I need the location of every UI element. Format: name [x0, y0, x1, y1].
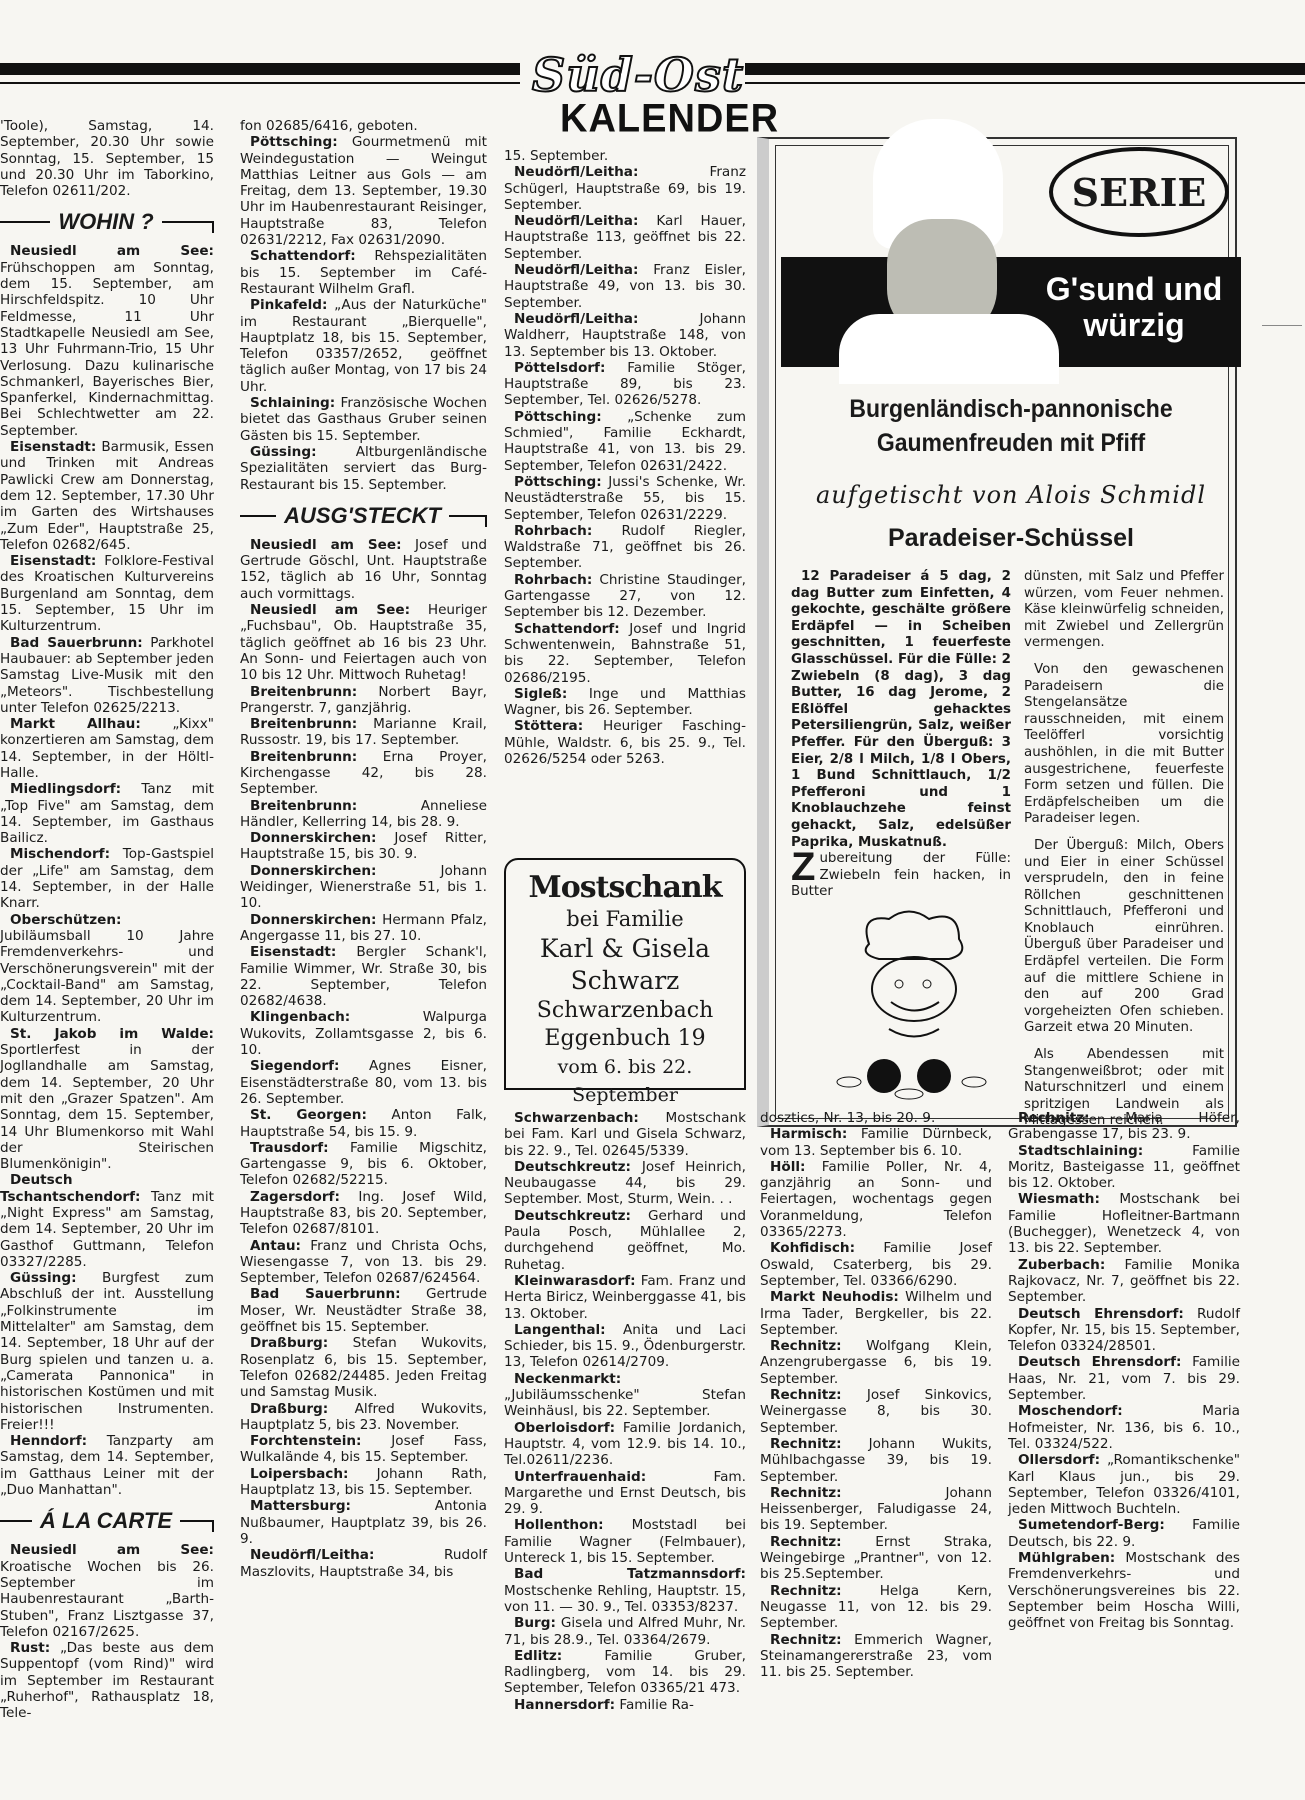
listing-place: Stadtschlaining: [1018, 1143, 1143, 1159]
ausgsteckt-list-bottom: Schwarzenbach: Mostschank bei Fam. Karl … [504, 1110, 746, 1713]
listing-place: Rechnitz: [770, 1338, 842, 1354]
ad-title: Mostschank [506, 870, 744, 905]
listing-entry: Rechnitz: Johann Heissenberger, Faludiga… [760, 1485, 992, 1534]
ausgsteckt-list-cont: 15. September.Neudörfl/Leitha: Franz Sch… [504, 148, 746, 767]
tagline-1: G'sund und [1029, 271, 1239, 307]
listing-text: Burgfest zum Abschluß der int. Ausstellu… [0, 1270, 214, 1433]
listing-entry: Forchtenstein: Josef Fass, Wulkalände 4,… [240, 1433, 487, 1466]
listing-entry: Rechnitz: Ernst Straka, Weingebirge „Pra… [760, 1534, 992, 1583]
listing-entry: Zagersdorf: Ing. Josef Wild, Hauptstraße… [240, 1189, 487, 1238]
wohin-list: Neusiedl am See: Frühschoppen am Sonntag… [0, 243, 214, 1498]
listing-place: Donnerskirchen: [250, 830, 376, 846]
masthead-bar-left [0, 63, 520, 75]
listing-entry: Eisenstadt: Barmusik, Essen und Trinken … [0, 439, 214, 553]
listing-place: Eisenstadt: [250, 944, 336, 960]
listing-place: Sigleß: [514, 686, 567, 702]
listing-entry: Pöttsching: Gourmetmenü mit Weindegustat… [240, 134, 487, 248]
listing-place: Rust: [10, 1640, 50, 1656]
listing-entry: Langenthal: Anita und Laci Schieder, bis… [504, 1322, 746, 1371]
listing-place: Rohrbach: [514, 523, 592, 539]
listing-place: Eisenstadt: [10, 439, 96, 455]
listing-place: Pinkafeld: [250, 297, 327, 313]
prep-text: ubereitung der Fülle: Zwiebeln fein hack… [791, 851, 1011, 899]
listing-text: Barmusik, Essen und Trinken mit Andreas … [0, 439, 214, 553]
listing-entry: Rohrbach: Rudolf Riegler, Waldstraße 71,… [504, 523, 746, 572]
listing-entry: Pöttsching: „Schenke zum Schmied", Famil… [504, 409, 746, 474]
listing-entry: Donnerskirchen: Johann Weidinger, Wiener… [240, 863, 487, 912]
listing-place: St. Georgen: [250, 1107, 367, 1123]
listing-entry: Rechnitz: Josef Sinkovics, Weinergasse 8… [760, 1387, 992, 1436]
listing-place: Neusiedl am See: [10, 1542, 214, 1558]
listing-place: Miedlingsdorf: [10, 781, 121, 797]
listing-entry: Schattendorf: Rehspezialitäten bis 15. S… [240, 248, 487, 297]
listing-entry: Neudörfl/Leitha: Franz Schügerl, Hauptst… [504, 164, 746, 213]
listing-place: Henndorf: [10, 1433, 87, 1449]
listing-place: Eisenstadt: [10, 553, 96, 569]
ad-line6: vom 6. bis 22. September [506, 1053, 744, 1109]
listing-entry: Pinkafeld: „Aus der Naturküche" im Resta… [240, 297, 487, 395]
listing-entry: Mattersburg: Antonia Nußbaumer, Hauptpla… [240, 1498, 487, 1547]
listing-entry: Harmisch: Familie Dürnbeck, vom 13. Sept… [760, 1126, 992, 1159]
listing-entry: Unterfrauenhaid: Fam. Margarethe und Ern… [504, 1469, 746, 1518]
masthead-rule-left [0, 82, 520, 84]
listing-entry: Sigleß: Inge und Matthias Wagner, bis 26… [504, 686, 746, 719]
listing-entry: Wiesmath: Mostschank bei Familie Hofleit… [1008, 1191, 1240, 1256]
cartoon-chef-illustration [829, 904, 999, 1104]
a-la-carte-heading: Á LA CARTE [32, 1513, 180, 1529]
listing-entry: Neudörfl/Leitha: Rudolf Maszlovits, Haup… [240, 1547, 487, 1580]
column-1: 'Toole), Samstag, 14. September, 20.30 U… [0, 118, 214, 1798]
listing-place: Deutsch Ehrensdorf: [1018, 1354, 1181, 1370]
listing-place: Forchtenstein: [250, 1433, 362, 1449]
listing-entry: Henndorf: Tanzparty am Samstag, dem 14. … [0, 1433, 214, 1498]
listing-entry: fon 02685/6416, geboten. [240, 118, 487, 134]
listing-entry: Burg: Gisela und Alfred Muhr, Nr. 71, bi… [504, 1615, 746, 1648]
listing-place: Rechnitz: [770, 1534, 842, 1550]
listing-place: Neudörfl/Leitha: [514, 311, 638, 327]
listing-entry: Rechnitz: Johann Wukits, Mühlbachgasse 3… [760, 1436, 992, 1485]
prep-para-3: Der Überguß: Milch, Obers und Eier in ei… [1024, 838, 1224, 1037]
listing-place: Draßburg: [250, 1401, 328, 1417]
listing-entry: Schattendorf: Josef und Ingrid Schwenten… [504, 621, 746, 686]
listing-place: Neudörfl/Leitha: [514, 164, 638, 180]
drop-cap: Z [791, 851, 815, 883]
listing-text: Jubiläumsball 10 Jahre Fremdenverkehrs- … [0, 928, 214, 1025]
listing-entry: Pöttelsdorf: Familie Stöger, Hauptstraße… [504, 360, 746, 409]
listing-place: Schattendorf: [514, 621, 620, 637]
listing-place: Güssing: [250, 444, 317, 460]
column-2: fon 02685/6416, geboten.Pöttsching: Gour… [240, 118, 487, 1580]
listing-entry: Donnerskirchen: Josef Ritter, Hauptstraß… [240, 830, 487, 863]
sued-ost-kalender-logo: Süd-Ost KALENDER [522, 52, 747, 144]
listing-place: Rechnitz: [770, 1436, 842, 1452]
listing-place: Neusiedl am See: [250, 537, 402, 553]
listing-entry: Schwarzenbach: Mostschank bei Fam. Karl … [504, 1110, 746, 1159]
listing-place: Pöttsching: [514, 409, 602, 425]
listing-place: Deutsch Tschantschendorf: [0, 1172, 141, 1204]
listing-place: Höll: [770, 1159, 805, 1175]
listing-entry: Rechnitz: Wolfgang Klein, Anzengrubergas… [760, 1338, 992, 1387]
listing-place: Breitenbrunn: [250, 716, 357, 732]
listing-entry: Schlaining: Französische Wochen bietet d… [240, 395, 487, 444]
listing-place: Edlitz: [514, 1648, 562, 1664]
listing-text: Gourmetmenü mit Weindegustation — Weingu… [240, 134, 487, 248]
listing-entry: Güssing: Altburgenländische Spezialitäte… [240, 444, 487, 493]
listing-place: Neusiedl am See: [10, 243, 214, 259]
listing-entry: Kleinwarasdorf: Fam. Franz und Herta Bir… [504, 1273, 746, 1322]
listing-place: Breitenbrunn: [250, 749, 357, 765]
series-title-1: Burgenländisch-pannonische [799, 393, 1222, 425]
listing-entry: Neusiedl am See: Kroatische Wochen bis 2… [0, 1542, 214, 1640]
listing-place: Bad Sauerbrunn: [250, 1286, 401, 1302]
listing-place: Harmisch: [770, 1126, 847, 1142]
prep-para-1: dünsten, mit Salz und Pfeffer würzen, vo… [1024, 569, 1224, 652]
listing-entry: Stöttera: Heuriger Fasching-Mühle, Walds… [504, 718, 746, 767]
intro-text: 'Toole), Samstag, 14. September, 20.30 U… [0, 118, 214, 199]
preparation-continued: dünsten, mit Salz und Pfeffer würzen, vo… [1024, 569, 1224, 1140]
listing-entry: Breitenbrunn: Marianne Krail, Russostr. … [240, 716, 487, 749]
listing-place: Deutsch Ehrensdorf: [1018, 1306, 1184, 1322]
listing-place: Schwarzenbach: [514, 1110, 639, 1126]
listing-entry: Deutsch Ehrensdorf: Rudolf Kopfer, Nr. 1… [1008, 1306, 1240, 1355]
listing-entry: Edlitz: Familie Gruber, Radlingberg, vom… [504, 1648, 746, 1697]
listing-entry: Neckenmarkt: „Jubiläumsschenke" Stefan W… [504, 1371, 746, 1420]
listing-entry: Rust: „Das beste aus dem Suppentopf (vom… [0, 1640, 214, 1721]
listing-entry: Mühlgraben: Mostschank des Fremdenverkeh… [1008, 1550, 1240, 1631]
listing-place: Rechnitz: [1018, 1110, 1090, 1126]
listing-entry: Klingenbach: Walpurga Wukovits, Zollamts… [240, 1009, 487, 1058]
listing-entry: Mischendorf: Top-Gastspiel der „Life" am… [0, 846, 214, 911]
listing-entry: Markt Neuhodis: Wilhelm und Irma Tader, … [760, 1289, 992, 1338]
listing-entry: Siegendorf: Agnes Eisner, Eisenstädterst… [240, 1058, 487, 1107]
listing-place: Draßburg: [250, 1335, 328, 1351]
listing-place: Rechnitz: [770, 1485, 842, 1501]
listing-place: Unterfrauenhaid: [514, 1469, 646, 1485]
listing-entry: Breitenbrunn: Norbert Bayr, Prangerstr. … [240, 684, 487, 717]
listing-entry: Sumetendorf-Berg: Familie Deutsch, bis 2… [1008, 1517, 1240, 1550]
listing-entry: Rechnitz: Maria Höfer, Grabengasse 17, b… [1008, 1110, 1240, 1143]
listing-entry: dosztics, Nr. 13, bis 20. 9. [760, 1110, 992, 1126]
listing-place: Neusiedl am See: [250, 602, 410, 618]
listing-text: „Jubiläumsschenke" Stefan Weinhäusl, bis… [504, 1387, 746, 1419]
ausgsteckt-list-col5: Rechnitz: Maria Höfer, Grabengasse 17, b… [1008, 1110, 1240, 1632]
column-4: dosztics, Nr. 13, bis 20. 9.Harmisch: Fa… [760, 1110, 992, 1680]
listing-place: Sumetendorf-Berg: [1018, 1517, 1165, 1533]
listing-place: Donnerskirchen: [250, 912, 376, 928]
listing-place: Pöttelsdorf: [514, 360, 605, 376]
listing-place: Klingenbach: [250, 1009, 350, 1025]
listing-place: Deutschkreutz: [514, 1159, 631, 1175]
listing-place: Antau: [250, 1238, 301, 1254]
listing-place: Breitenbrunn: [250, 684, 357, 700]
listing-entry: Bad Sauerbrunn: Gertrude Moser, Wr. Neus… [240, 1286, 487, 1335]
listing-text: dosztics, Nr. 13, bis 20. 9. [760, 1110, 935, 1126]
series-title-2: Gaumenfreuden mit Pfiff [799, 427, 1222, 459]
a-la-carte-list: Neusiedl am See: Kroatische Wochen bis 2… [0, 1542, 214, 1721]
listing-entry: Neudörfl/Leitha: Franz Eisler, Hauptstra… [504, 262, 746, 311]
listing-entry: Rohrbach: Christine Staudinger, Gartenga… [504, 572, 746, 621]
listing-entry: Neusiedl am See: Josef und Gertrude Gösc… [240, 537, 487, 602]
listing-place: Ollersdorf: [1018, 1452, 1100, 1468]
listing-place: Deutschkreutz: [514, 1208, 631, 1224]
ingredients-text: 12 Paradeiser á 5 dag, 2 dag Butter zum … [791, 569, 1011, 851]
listing-place: Kohfidisch: [770, 1240, 855, 1256]
listing-text: Mostschenke Rehling, Hauptstr. 15, von 1… [504, 1583, 746, 1615]
listing-entry: Hollenthon: Moststadl bei Familie Wagner… [504, 1517, 746, 1566]
chef-photo [839, 119, 1039, 379]
listing-text: fon 02685/6416, geboten. [240, 118, 418, 134]
listing-place: Oberschützen: [10, 912, 121, 928]
listing-place: Mattersburg: [250, 1498, 351, 1514]
listing-text: 15. September. [504, 148, 608, 164]
listing-entry: Deutsch Tschantschendorf: Tanz mit „Nigh… [0, 1172, 214, 1270]
wohin-heading: WOHIN ? [50, 214, 161, 230]
listing-entry: Donnerskirchen: Hermann Pfalz, Angergass… [240, 912, 487, 945]
listing-entry: Deutschkreutz: Gerhard und Paula Posch, … [504, 1208, 746, 1273]
listing-entry: Breitenbrunn: Anneliese Händler, Kellerr… [240, 798, 487, 831]
section-heading-a-la-carte: Á LA CARTE [0, 1510, 214, 1532]
listing-entry: Zuberbach: Familie Monika Rajkovacz, Nr.… [1008, 1257, 1240, 1306]
listing-place: Kleinwarasdorf: [514, 1273, 636, 1289]
prep-para-2: Von den gewaschenen Paradeisern die Sten… [1024, 662, 1224, 828]
ausgsteckt-list: Neusiedl am See: Josef und Gertrude Gösc… [240, 537, 487, 1580]
listing-place: Rechnitz: [770, 1387, 842, 1403]
listing-place: Güssing: [10, 1270, 77, 1286]
listing-entry: St. Jakob im Walde: Sportlerfest in der … [0, 1026, 214, 1173]
listing-place: Neudörfl/Leitha: [514, 213, 638, 229]
listing-place: Zuberbach: [1018, 1257, 1105, 1273]
section-heading-ausgsteckt: AUSG'STECKT [240, 505, 487, 527]
logo-line1: Süd-Ost [532, 48, 744, 102]
listing-entry: Oberschützen: Jubiläumsball 10 Jahre Fre… [0, 912, 214, 1026]
section-heading-wohin: WOHIN ? [0, 211, 214, 233]
listing-text: Sportlerfest in der Jogllandhalle am Sam… [0, 1042, 214, 1172]
serie-badge: SERIE [1049, 147, 1229, 237]
listing-place: Markt Neuhodis: [770, 1289, 899, 1305]
listing-place: Schattendorf: [250, 248, 356, 264]
listing-place: Bad Tatzmannsdorf: [514, 1566, 746, 1582]
listing-entry: Draßburg: Stefan Wukovits, Rosenplatz 6,… [240, 1335, 487, 1400]
listing-entry: Oberloisdorf: Familie Jordanich, Hauptst… [504, 1420, 746, 1469]
listing-entry: Kohfidisch: Familie Josef Oswald, Csater… [760, 1240, 992, 1289]
listing-entry: Neudörfl/Leitha: Johann Waldherr, Haupts… [504, 311, 746, 360]
listing-entry: Neudörfl/Leitha: Karl Hauer, Hauptstraße… [504, 213, 746, 262]
listing-entry: Deutsch Ehrensdorf: Familie Haas, Nr. 21… [1008, 1354, 1240, 1403]
tagline-2: würzig [1029, 307, 1239, 343]
listing-entry: Bad Sauerbrunn: Parkhotel Haubauer: ab S… [0, 635, 214, 716]
listing-place: Schlaining: [250, 395, 335, 411]
listing-place: Trausdorf: [250, 1140, 329, 1156]
listing-place: Oberloisdorf: [514, 1420, 615, 1436]
listing-place: Pöttsching: [514, 474, 602, 490]
listing-entry: Markt Allhau: „Kixx" konzertieren am Sam… [0, 716, 214, 781]
listing-entry: Antau: Franz und Christa Ochs, Wiesengas… [240, 1238, 487, 1287]
masthead-bar-right [745, 63, 1305, 75]
ad-line1: bei Familie [506, 905, 744, 933]
preparation-start: Zubereitung der Fülle: Zwiebeln fein hac… [791, 851, 1011, 901]
listing-place: Rechnitz: [770, 1632, 842, 1648]
ad-line5: Eggenbuch 19 [506, 1025, 744, 1053]
listing-entry: Ollersdorf: „Romantikschenke" Karl Klaus… [1008, 1452, 1240, 1517]
listing-place: Moschendorf: [1018, 1403, 1123, 1419]
listing-place: Rohrbach: [514, 572, 592, 588]
listing-entry: St. Georgen: Anton Falk, Hauptstraße 54,… [240, 1107, 487, 1140]
listing-text: Familie Ra- [619, 1697, 694, 1713]
listing-place: Mühlgraben: [1018, 1550, 1115, 1566]
listing-place: Markt Allhau: [10, 716, 141, 732]
listing-place: Siegendorf: [250, 1058, 339, 1074]
listing-text: Kroatische Wochen bis 26. September im H… [0, 1559, 214, 1640]
listing-entry: Eisenstadt: Folklore-Festival des Kroati… [0, 553, 214, 634]
listing-place: Donnerskirchen: [250, 863, 376, 879]
listing-place: Mischendorf: [10, 846, 110, 862]
listing-entry: Höll: Familie Poller, Nr. 4, ganzjährig … [760, 1159, 992, 1240]
column-5: Rechnitz: Maria Höfer, Grabengasse 17, b… [1008, 1110, 1240, 1632]
listing-entry: Deutschkreutz: Josef Heinrich, Neubaugas… [504, 1159, 746, 1208]
listing-place: Zagersdorf: [250, 1189, 340, 1205]
listing-entry: Rechnitz: Emmerich Wagner, Steinamangere… [760, 1632, 992, 1681]
listing-entry: Bad Tatzmannsdorf: Mostschenke Rehling, … [504, 1566, 746, 1615]
ad-line2: Karl & Gisela [506, 933, 744, 965]
mostschank-ad: Mostschank bei Familie Karl & Gisela Sch… [504, 858, 746, 1090]
serie-recipe-box: SERIE G'sund undwürzig Burgenländisch-pa… [757, 137, 1237, 1127]
listing-place: Hannersdorf: [514, 1697, 615, 1713]
listing-entry: Trausdorf: Familie Migschitz, Gartengass… [240, 1140, 487, 1189]
listing-entry: Neusiedl am See: Frühschoppen am Sonntag… [0, 243, 214, 439]
listing-place: Loipersbach: [250, 1466, 348, 1482]
listing-place: Stöttera: [514, 718, 583, 734]
listing-entry: Breitenbrunn: Erna Proyer, Kirchengasse … [240, 749, 487, 798]
listing-entry: Rechnitz: Helga Kern, Neugasse 11, von 1… [760, 1583, 992, 1632]
listing-place: Langenthal: [514, 1322, 606, 1338]
dish-title: Paradeiser-Schüssel [781, 524, 1241, 553]
ausgsteckt-list-col4: dosztics, Nr. 13, bis 20. 9.Harmisch: Fa… [760, 1110, 992, 1680]
listing-entry: Miedlingsdorf: Tanz mit „Top Five" am Sa… [0, 781, 214, 846]
listing-place: Hollenthon: [514, 1517, 604, 1533]
listing-place: Breitenbrunn: [250, 798, 357, 814]
column-3-bottom: Schwarzenbach: Mostschank bei Fam. Karl … [504, 1110, 746, 1713]
listing-entry: Moschendorf: Maria Hofmeister, Nr. 136, … [1008, 1403, 1240, 1452]
listing-place: St. Jakob im Walde: [10, 1026, 214, 1042]
listing-place: Rechnitz: [770, 1583, 842, 1599]
masthead-rule-right [745, 82, 1305, 84]
ingredients: 12 Paradeiser á 5 dag, 2 dag Butter zum … [791, 569, 1011, 851]
ad-line4: Schwarzenbach [506, 997, 744, 1025]
ausgsteckt-heading: AUSG'STECKT [276, 508, 449, 524]
listing-entry: Güssing: Burgfest zum Abschluß der int. … [0, 1270, 214, 1433]
listing-entry: 15. September. [504, 148, 746, 164]
listing-entry: Hannersdorf: Familie Ra- [504, 1697, 746, 1713]
listing-place: Neckenmarkt: [514, 1371, 621, 1387]
page-edge-mark [1262, 325, 1302, 326]
listing-place: Pöttsching: [250, 134, 338, 150]
series-author: aufgetischt von Alois Schmidl [781, 481, 1241, 509]
listing-entry: Pöttsching: Jussi's Schenke, Wr. Neustäd… [504, 474, 746, 523]
logo-line2: KALENDER [560, 97, 779, 142]
listing-place: Neudörfl/Leitha: [250, 1547, 374, 1563]
listing-entry: Eisenstadt: Bergler Schank'l, Familie Wi… [240, 944, 487, 1009]
listing-place: Burg: [514, 1615, 556, 1631]
listing-place: Bad Sauerbrunn: [10, 635, 143, 651]
a-la-carte-list-cont: fon 02685/6416, geboten.Pöttsching: Gour… [240, 118, 487, 493]
column-3: 15. September.Neudörfl/Leitha: Franz Sch… [504, 148, 746, 767]
listing-entry: Neusiedl am See: Heuriger „Fuchsbau", Ob… [240, 602, 487, 683]
listing-entry: Stadtschlaining: Familie Moritz, Basteig… [1008, 1143, 1240, 1192]
listing-entry: Draßburg: Alfred Wukovits, Hauptplatz 5,… [240, 1401, 487, 1434]
ad-line3: Schwarz [506, 965, 744, 997]
listing-text: Frühschoppen am Sonntag, dem 15. Septemb… [0, 260, 214, 439]
listing-place: Wiesmath: [1018, 1191, 1100, 1207]
chef-coat [839, 314, 1059, 384]
listing-place: Neudörfl/Leitha: [514, 262, 638, 278]
serie-tagline: G'sund undwürzig [1029, 271, 1239, 343]
listing-entry: Loipersbach: Johann Rath, Hauptplatz 13,… [240, 1466, 487, 1499]
